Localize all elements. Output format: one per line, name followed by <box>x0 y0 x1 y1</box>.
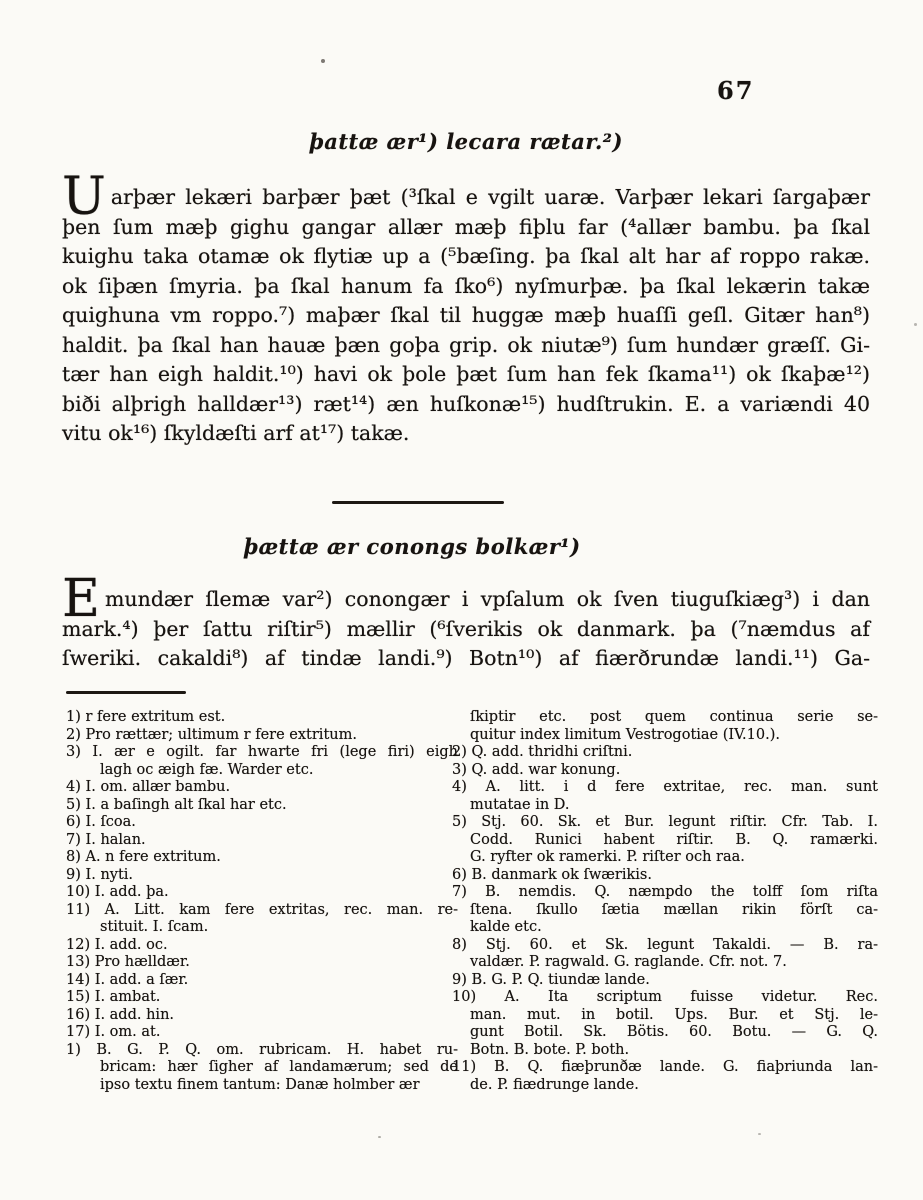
footnote-line: 16) I. add. hin. <box>66 1007 458 1025</box>
footnote-line: 11) B. Q. fiæþrunðæ lande. G. fiaþriunda… <box>452 1059 878 1077</box>
footnote-line: 1) B. G. P. Q. om. rubricam. H. habet ru… <box>66 1042 458 1060</box>
footnote-line: de. P. fiædrunge lande. <box>452 1077 878 1095</box>
text-line: þen ſum mæþ gighu gangar allær mæþ fiþlu… <box>62 213 870 243</box>
footnote-line: kalde etc. <box>452 919 878 937</box>
text-line: biði alþrigh halldær¹³) ræt¹⁴) æn huſkon… <box>62 390 870 420</box>
page-number: 67 <box>717 76 754 105</box>
footnote-line: quitur index limitum Vestrogotiae (IV.10… <box>452 727 878 745</box>
text-line: ſweriki. cakaldi⁸) af tindæ landi.⁹) Bot… <box>62 644 870 674</box>
text-line: Emundær ſlemæ var²) conongær i vpſalum o… <box>62 585 870 615</box>
footnote-line: 8) A. n fere extritum. <box>66 849 458 867</box>
text-line: quighuna vm roppo.⁷) maþær ſkal til hugg… <box>62 301 870 331</box>
footnote-line: 14) I. add. a ſær. <box>66 972 458 990</box>
scanned-book-page: 67 þattæ ær¹) lecara rætar.²) Uarþær lek… <box>0 0 923 1200</box>
body-paragraph-lekare: Uarþær lekæri barþær þæt (³ſkal e vgilt … <box>62 183 870 449</box>
section-heading-conongs-bolkar: þættæ ær conongs bolkær¹) <box>62 534 762 559</box>
footnote-line: 7) B. nemdis. Q. næmpdo the tolff ſom ri… <box>452 884 878 902</box>
footnote-line: 6) B. danmark ok ſwærikis. <box>452 867 878 885</box>
text-line: mark.⁴) þer ſattu riſtir⁵) mællir (⁶ſver… <box>62 615 870 645</box>
footnote-line: ipso textu finem tantum: Danæ holmber ær <box>66 1077 458 1095</box>
footnote-line: 8) Stj. 60. et Sk. legunt Takaldi. — B. … <box>452 937 878 955</box>
footnote-line: gunt Botil. Sk. Bötis. 60. Botu. — G. Q. <box>452 1024 878 1042</box>
footnote-line: ſtena. ſkullo ſætia mællan rikin förſt c… <box>452 902 878 920</box>
body-paragraph-emundar: Emundær ſlemæ var²) conongær i vpſalum o… <box>62 585 870 674</box>
footnote-line: 5) I. a baſingh alt ſkal har etc. <box>66 797 458 815</box>
text-line: vitu ok¹⁶) ſkyldæſti arf at¹⁷) takæ. <box>62 419 870 449</box>
footnote-line: 10) A. Ita scriptum fuisse videtur. Rec. <box>452 989 878 1007</box>
footnote-line: bricam: hær ſigher af landamærum; sed de <box>66 1059 458 1077</box>
ink-speck <box>914 323 917 326</box>
footnote-line: 10) I. add. þa. <box>66 884 458 902</box>
footnote-line: 2) Q. add. thridhi criſtni. <box>452 744 878 762</box>
footnote-column-right: ſkiptir etc. post quem continua serie se… <box>452 709 878 1094</box>
footnote-line: 15) I. ambat. <box>66 989 458 1007</box>
text-line: ok ſiþæn ſmyria. þa ſkal hanum fa ſko⁶) … <box>62 272 870 302</box>
footnote-line: 7) I. halan. <box>66 832 458 850</box>
footnote-separator-rule <box>66 691 186 694</box>
ink-speck <box>321 59 325 63</box>
footnote-line: 13) Pro hælldær. <box>66 954 458 972</box>
footnote-line: stituit. I. ſcam. <box>66 919 458 937</box>
text-line: Uarþær lekæri barþær þæt (³ſkal e vgilt … <box>62 183 870 213</box>
footnote-line: 11) A. Litt. kam fere extritas, rec. man… <box>66 902 458 920</box>
footnote-line: mutatae in D. <box>452 797 878 815</box>
text-line: kuighu taka otamæ ok flytiæ up a (⁵bæſin… <box>62 242 870 272</box>
footnote-line: Botn. B. bote. P. both. <box>452 1042 878 1060</box>
section-heading-lecara-rattar: þattæ ær¹) lecara rætar.²) <box>62 129 870 154</box>
footnote-line: 1) r fere extritum est. <box>66 709 458 727</box>
footnote-line: 3) I. ær e ogilt. far hwarte fri (lege f… <box>66 744 458 762</box>
footnote-line: 12) I. add. oc. <box>66 937 458 955</box>
ink-speck <box>758 1133 761 1135</box>
footnote-line: valdær. P. ragwald. G. raglande. Cfr. no… <box>452 954 878 972</box>
footnote-line: 17) I. om. at. <box>66 1024 458 1042</box>
text-line: haldit. þa ſkal han hauæ þæn goþa grip. … <box>62 331 870 361</box>
footnote-column-left: 1) r fere extritum est.2) Pro rættær; ul… <box>66 709 458 1094</box>
footnote-line: ſkiptir etc. post quem continua serie se… <box>452 709 878 727</box>
footnote-line: man. mut. in botil. Ups. Bur. et Stj. le… <box>452 1007 878 1025</box>
footnote-line: 2) Pro rættær; ultimum r fere extritum. <box>66 727 458 745</box>
footnote-line: 3) Q. add. war konung. <box>452 762 878 780</box>
footnote-line: 9) B. G. P. Q. tiundæ lande. <box>452 972 878 990</box>
footnote-line: lagh oc æigh fæ. Warder etc. <box>66 762 458 780</box>
footnote-line: 6) I. ſcoa. <box>66 814 458 832</box>
ink-speck <box>378 1136 381 1138</box>
footnote-line: 9) I. nyti. <box>66 867 458 885</box>
footnote-line: Codd. Runici habent riſtir. B. Q. ramærk… <box>452 832 878 850</box>
text-line: tær han eigh haldit.¹⁰) havi ok þole þæt… <box>62 360 870 390</box>
footnote-line: G. ryfter ok ramerki. P. riſter och raa. <box>452 849 878 867</box>
footnote-line: 4) A. litt. i d fere extritae, rec. man.… <box>452 779 878 797</box>
footnote-line: 5) Stj. 60. Sk. et Bur. legunt riſtir. C… <box>452 814 878 832</box>
section-divider-rule <box>332 501 504 504</box>
footnote-line: 4) I. om. allær bambu. <box>66 779 458 797</box>
